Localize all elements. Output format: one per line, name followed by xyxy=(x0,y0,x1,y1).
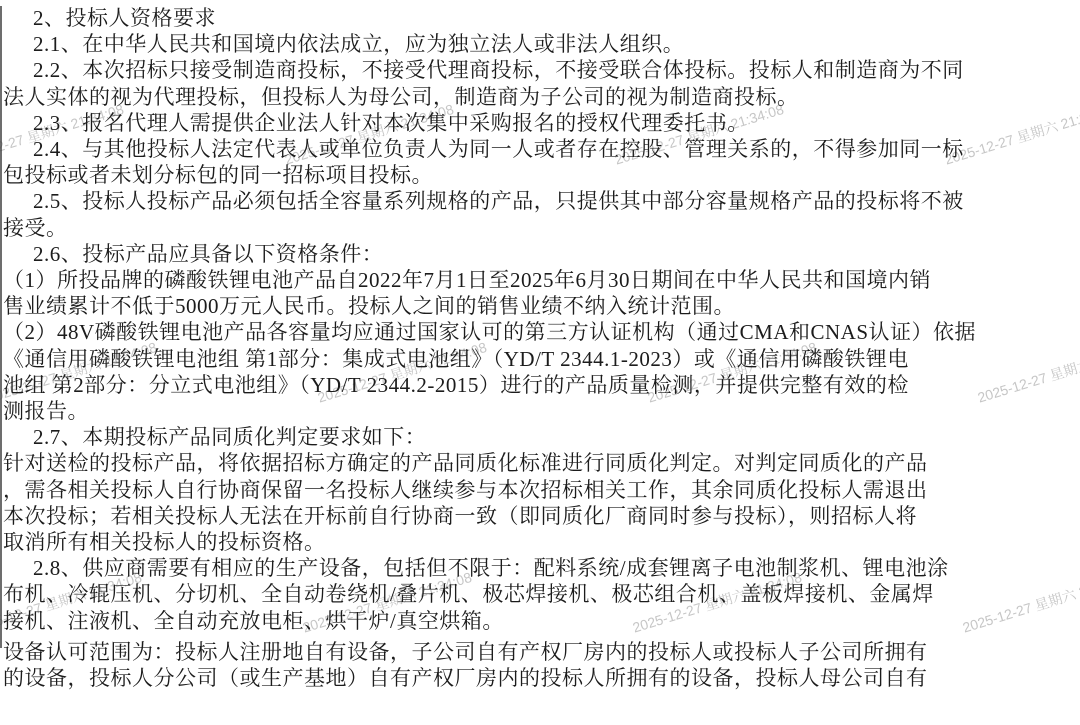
text-line: 测报告。 xyxy=(0,398,1080,424)
text-line: 包投标或者未划分标包的同一招标项目投标。 xyxy=(0,162,1080,188)
text-line: 2.1、在中华人民共和国境内依法成立，应为独立法人或非法人组织。 xyxy=(0,31,1080,57)
text-line: 法人实体的视为代理投标，但投标人为母公司，制造商为子公司的视为制造商投标。 xyxy=(0,84,1080,110)
text-line: 售业绩累计不低于5000万元人民币。投标人之间的销售业绩不纳入统计范围。 xyxy=(0,293,1080,319)
document-page: 2025-12-27 星期六 21:34:082025-12-27 星期六 21… xyxy=(0,0,1080,725)
text-line: ，需各相关投标人自行协商保留一名投标人继续参与本次招标相关工作，其余同质化投标人… xyxy=(0,477,1080,503)
text-line: 接机、注液机、全自动充放电柜、烘干炉/真空烘箱。 xyxy=(0,608,1080,634)
text-line: （2）48V磷酸铁锂电池产品各容量均应通过国家认可的第三方认证机构（通过CMA和… xyxy=(0,319,1080,345)
text-line: 接受。 xyxy=(0,215,1080,241)
text-line: （1）所投品牌的磷酸铁锂电池产品自2022年7月1日至2025年6月30日期间在… xyxy=(0,267,1080,293)
text-line: 2.3、报名代理人需提供企业法人针对本次集中采购报名的授权代理委托书。 xyxy=(0,110,1080,136)
text-line: 针对送检的投标产品，将依据招标方确定的产品同质化标准进行同质化判定。对判定同质化… xyxy=(0,450,1080,476)
text-line: 2.2、本次招标只接受制造商投标，不接受代理商投标，不接受联合体投标。投标人和制… xyxy=(0,57,1080,83)
text-line: 2.4、与其他投标人法定代表人或单位负责人为同一人或者存在控股、管理关系的，不得… xyxy=(0,136,1080,162)
text-line: 2、投标人资格要求 xyxy=(0,5,1080,31)
text-line: 《通信用磷酸铁锂电池组 第1部分：集成式电池组》（YD/T 2344.1-202… xyxy=(0,346,1080,372)
text-line: 布机、冷辊压机、分切机、全自动卷绕机/叠片机、极芯焊接机、极芯组合机、盖板焊接机… xyxy=(0,581,1080,607)
text-line: 设备认可范围为：投标人注册地自有设备，子公司自有产权厂房内的投标人或投标人子公司… xyxy=(0,639,1080,665)
page-left-border xyxy=(0,6,2,648)
text-line: 2.7、本期投标产品同质化判定要求如下： xyxy=(0,424,1080,450)
text-line: 取消所有相关投标人的投标资格。 xyxy=(0,529,1080,555)
text-line: 池组 第2部分：分立式电池组》（YD/T 2344.2-2015）进行的产品质量… xyxy=(0,372,1080,398)
text-line: 2.5、投标人投标产品必须包括全容量系列规格的产品，只提供其中部分容量规格产品的… xyxy=(0,188,1080,214)
text-line: 的设备，投标人分公司（或生产基地）自有产权厂房内的投标人所拥有的设备，投标人母公… xyxy=(0,665,1080,691)
text-line: 本次投标；若相关投标人无法在开标前自行协商一致（即同质化厂商同时参与投标），则招… xyxy=(0,503,1080,529)
text-line: 2.6、投标产品应具备以下资格条件： xyxy=(0,241,1080,267)
document-text: 2、投标人资格要求2.1、在中华人民共和国境内依法成立，应为独立法人或非法人组织… xyxy=(0,0,1080,691)
text-line: 2.8、供应商需要有相应的生产设备，包括但不限于：配料系统/成套锂离子电池制浆机… xyxy=(0,555,1080,581)
